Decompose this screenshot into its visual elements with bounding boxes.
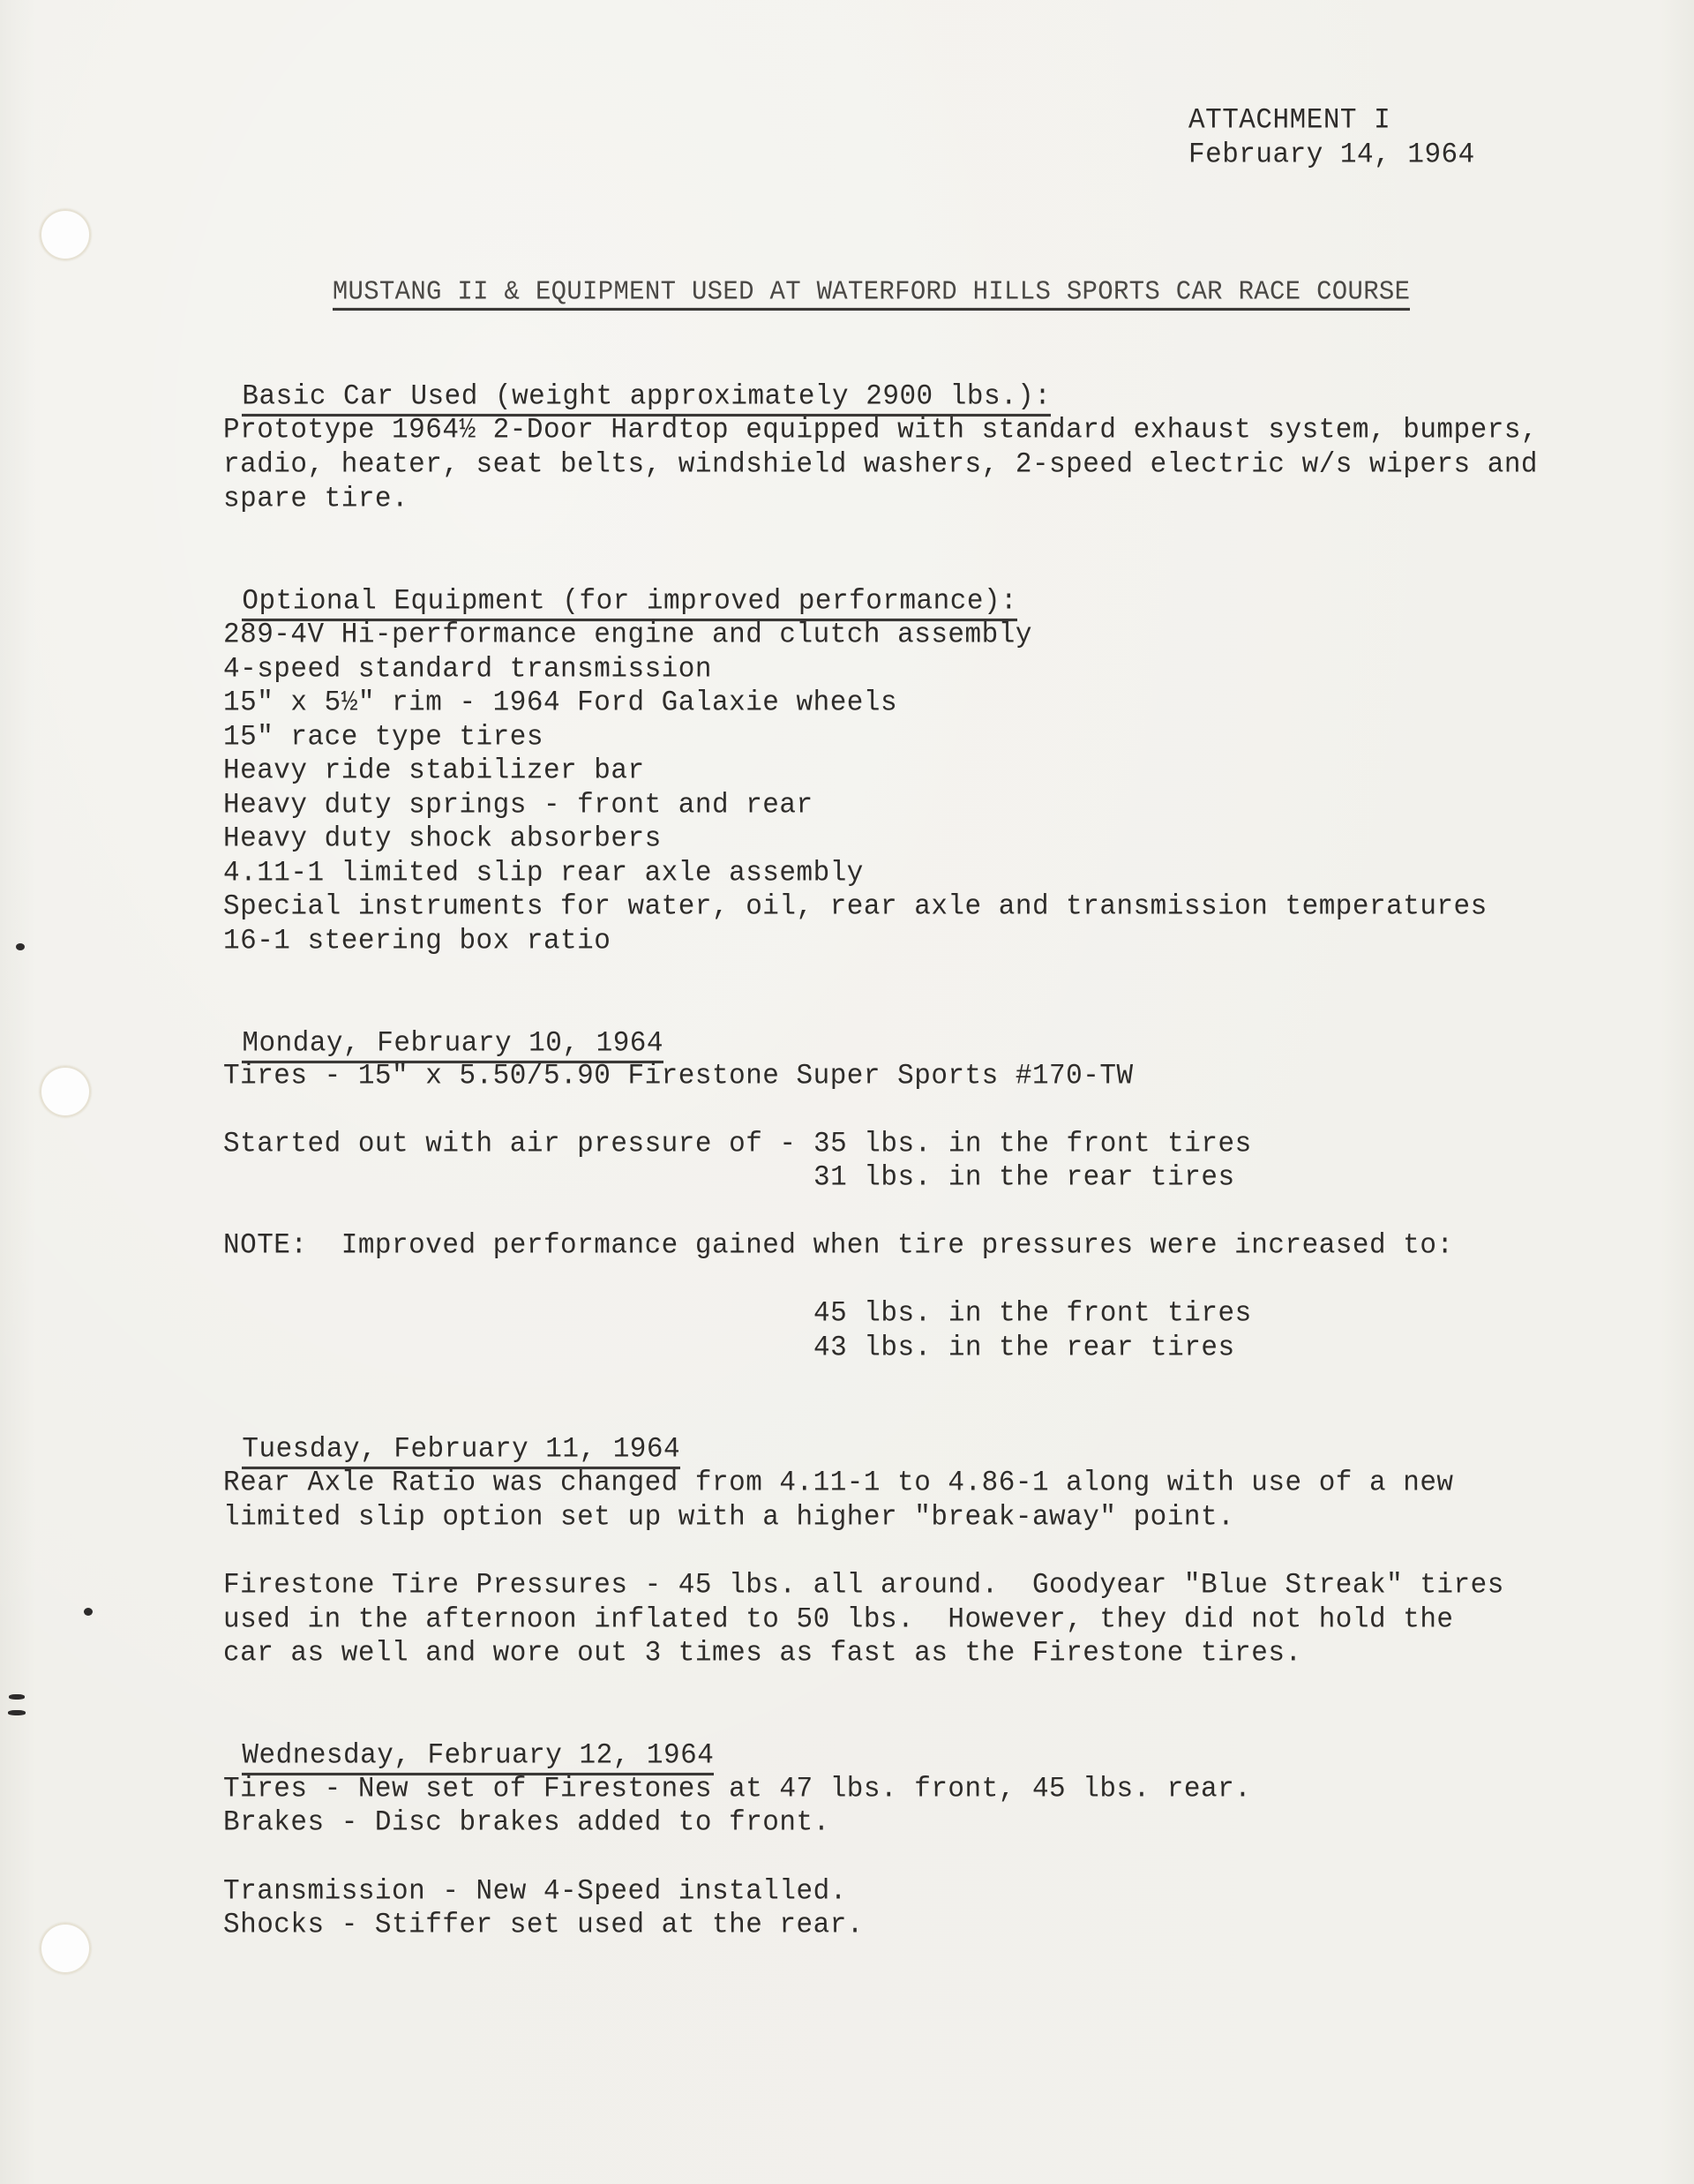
ink-mark xyxy=(9,1694,25,1700)
document-date: February 14, 1964 xyxy=(1188,137,1475,173)
equipment-item: 15" x 5½" rim - 1964 Ford Galaxie wheels xyxy=(223,685,897,721)
section-heading-text: Optional Equipment (for improved perform… xyxy=(242,585,1017,621)
tuesday-line: Rear Axle Ratio was changed from 4.11-1 … xyxy=(223,1465,1454,1501)
monday-new-front: 45 lbs. in the front tires xyxy=(813,1295,1252,1332)
wednesday-line: Brakes - Disc brakes added to front. xyxy=(223,1805,830,1841)
section-heading-text: Tuesday, February 11, 1964 xyxy=(242,1433,680,1469)
wednesday-line: Tires - New set of Firestones at 47 lbs.… xyxy=(223,1771,1251,1807)
equipment-item: Heavy duty springs - front and rear xyxy=(223,787,813,823)
document-title: MUSTANG II & EQUIPMENT USED AT WATERFORD… xyxy=(270,237,1410,346)
ink-mark xyxy=(16,943,25,950)
equipment-item: 289-4V Hi-performance engine and clutch … xyxy=(223,617,1032,653)
tuesday-line: limited slip option set up with a higher… xyxy=(223,1499,1234,1535)
monday-note: NOTE: Improved performance gained when t… xyxy=(223,1227,1454,1264)
attachment-label: ATTACHMENT I xyxy=(1188,102,1390,139)
wednesday-line: Transmission - New 4-Speed installed. xyxy=(223,1873,847,1910)
section-heading-text: Wednesday, February 12, 1964 xyxy=(242,1739,714,1775)
tuesday-line: Firestone Tire Pressures - 45 lbs. all a… xyxy=(223,1567,1504,1603)
equipment-item: Heavy duty shock absorbers xyxy=(223,821,662,857)
binder-hole xyxy=(40,1923,91,1974)
equipment-item: 16-1 steering box ratio xyxy=(223,923,611,959)
equipment-item: Special instruments for water, oil, rear… xyxy=(223,889,1488,925)
section-heading-text: Basic Car Used (weight approximately 290… xyxy=(242,380,1051,417)
equipment-item: Heavy ride stabilizer bar xyxy=(223,753,645,789)
monday-start-front: 35 lbs. in the front tires xyxy=(813,1126,1252,1162)
ink-mark xyxy=(84,1608,93,1616)
basic-car-line: Prototype 1964½ 2-Door Hardtop equipped … xyxy=(223,412,1538,448)
basic-car-line: radio, heater, seat belts, windshield wa… xyxy=(223,447,1538,483)
document-title-text: MUSTANG II & EQUIPMENT USED AT WATERFORD… xyxy=(333,276,1411,311)
binder-hole xyxy=(40,1066,91,1117)
wednesday-line: Shocks - Stiffer set used at the rear. xyxy=(223,1907,864,1943)
monday-tires: Tires - 15" x 5.50/5.90 Firestone Super … xyxy=(223,1058,1134,1094)
equipment-item: 4.11-1 limited slip rear axle assembly xyxy=(223,855,864,891)
tuesday-line: car as well and wore out 3 times as fast… xyxy=(223,1635,1302,1671)
binder-hole xyxy=(40,209,91,260)
ink-mark xyxy=(8,1710,26,1715)
tuesday-line: used in the afternoon inflated to 50 lbs… xyxy=(223,1602,1454,1638)
equipment-item: 4-speed standard transmission xyxy=(223,651,712,687)
document-page: ATTACHMENT I February 14, 1964 MUSTANG I… xyxy=(0,0,1694,2184)
basic-car-line: spare tire. xyxy=(223,481,409,517)
monday-start-label: Started out with air pressure of - xyxy=(223,1126,813,1162)
monday-start-rear: 31 lbs. in the rear tires xyxy=(813,1160,1235,1196)
monday-new-rear: 43 lbs. in the rear tires xyxy=(813,1330,1235,1366)
equipment-item: 15" race type tires xyxy=(223,719,543,755)
